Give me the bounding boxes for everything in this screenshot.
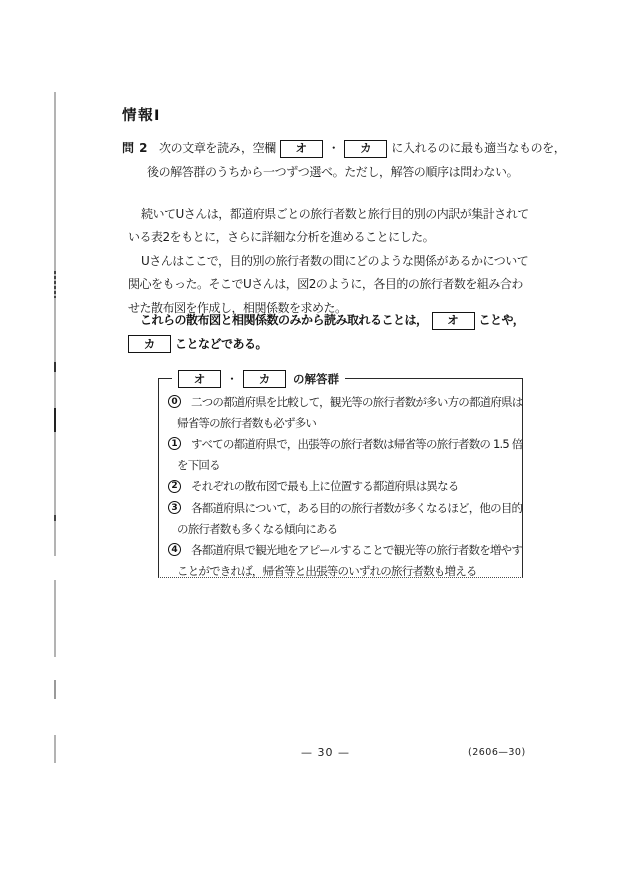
- passage-line: いる表2をもとに，さらに詳細な分析を進めることにした。: [128, 226, 520, 249]
- passage-line: 関心をもった。そこでUさんは，図2のように，各目的の旅行者数を組み合わ: [128, 273, 520, 296]
- question-line-2: 後の解答群のうちから一つずつ選べ。ただし，解答の順序は問わない。: [122, 161, 532, 185]
- circled-number-1: 1: [168, 437, 181, 450]
- subject-title: 情報Ⅰ: [122, 104, 161, 125]
- answer-option-3: 3 各都道府県について，ある目的の旅行者数が多くなるほど，他の目的: [159, 497, 522, 518]
- blank-box-ka: カ: [344, 140, 387, 158]
- question-line-1: 問 2 次の文章を読み，空欄 オ ・ カ に入れるのに最も適当なものを，: [122, 137, 532, 161]
- scan-edge-dash: [54, 408, 56, 432]
- conclusion-text: ことなどである。: [175, 333, 267, 357]
- blank-box-ka: カ: [128, 335, 171, 353]
- answer-option-4-cont: ことができれば，帰省等と出張等のいずれの旅行者数も増える: [159, 561, 522, 582]
- scan-edge-dash: [54, 271, 56, 298]
- question-text: に入れるのに最も適当なものを，: [391, 137, 565, 161]
- passage-line: 続いてUさんは，都道府県ごとの旅行者数と旅行目的別の内訳が集計されて: [128, 203, 520, 226]
- answer-option-text: それぞれの散布図で最も上に位置する都道府県は異なる: [191, 478, 459, 494]
- page-number: — 30 —: [301, 746, 350, 759]
- conclusion-text: ことや，: [479, 309, 525, 333]
- conclusion-line-1: これらの散布図と相関係数のみから読み取れることは， オ ことや，: [128, 309, 528, 333]
- scan-edge-dash: [54, 515, 56, 521]
- answer-option-2: 2 それぞれの散布図で最も上に位置する都道府県は異なる: [159, 476, 522, 497]
- answer-option-0: 0 二つの都道府県を比較して，観光等の旅行者数が多い方の都道府県は: [159, 391, 522, 412]
- conclusion-sentence: これらの散布図と相関係数のみから読み取れることは， オ ことや， カ ことなどで…: [128, 309, 528, 356]
- answer-option-0-cont: 帰省等の旅行者数も必ず多い: [159, 412, 522, 433]
- question-statement: 問 2 次の文章を読み，空欄 オ ・ カ に入れるのに最も適当なものを， 後の解…: [122, 137, 532, 184]
- answer-option-text: 各都道府県について，ある目的の旅行者数が多くなるほど，他の目的: [191, 500, 522, 516]
- circled-number-3: 3: [168, 501, 181, 514]
- answer-group-box: オ ・ カ の解答群 0 二つの都道府県を比較して，観光等の旅行者数が多い方の都…: [158, 378, 523, 578]
- answer-options-list: 0 二つの都道府県を比較して，観光等の旅行者数が多い方の都道府県は 帰省等の旅行…: [159, 379, 522, 582]
- blank-box-o: オ: [280, 140, 323, 158]
- circled-number-4: 4: [168, 543, 181, 556]
- answer-option-3-cont: の旅行者数も多くなる傾向にある: [159, 518, 522, 539]
- conclusion-line-2: カ ことなどである。: [128, 333, 528, 357]
- question-text: 次の文章を読み，空欄: [159, 137, 276, 161]
- scan-edge-dash: [54, 362, 56, 372]
- exam-page: 情報Ⅰ 問 2 次の文章を読み，空欄 オ ・ カ に入れるのに最も適当なものを，…: [0, 0, 620, 876]
- answer-option-text: 各都道府県で観光地をアピールすることで観光等の旅行者数を増やす: [191, 542, 522, 558]
- scan-edge-segment: [54, 580, 56, 657]
- answer-option-4: 4 各都道府県で観光地をアピールすることで観光等の旅行者数を増やす: [159, 539, 522, 560]
- scan-edge-segment: [54, 680, 56, 699]
- conclusion-text: これらの散布図と相関係数のみから読み取れることは，: [140, 309, 428, 333]
- answer-option-text: 二つの都道府県を比較して，観光等の旅行者数が多い方の都道府県は: [191, 394, 522, 410]
- passage: 続いてUさんは，都道府県ごとの旅行者数と旅行目的別の内訳が集計されて いる表2を…: [128, 203, 520, 320]
- scan-edge-segment: [54, 735, 56, 763]
- scan-edge-segment: [54, 92, 56, 556]
- blank-separator: ・: [328, 137, 340, 161]
- answer-option-1-cont: を下回る: [159, 455, 522, 476]
- answer-option-1: 1 すべての都道府県で，出張等の旅行者数は帰省等の旅行者数の 1.5 倍: [159, 433, 522, 454]
- form-code: (2606—30): [468, 747, 526, 758]
- passage-line: Uさんはここで，目的別の旅行者数の間にどのような関係があるかについて: [128, 250, 520, 273]
- question-number-label: 問 2: [122, 137, 148, 161]
- answer-option-text: すべての都道府県で，出張等の旅行者数は帰省等の旅行者数の 1.5 倍: [191, 436, 522, 452]
- blank-box-o: オ: [432, 312, 475, 330]
- circled-number-2: 2: [168, 480, 181, 493]
- circled-number-0: 0: [168, 395, 181, 408]
